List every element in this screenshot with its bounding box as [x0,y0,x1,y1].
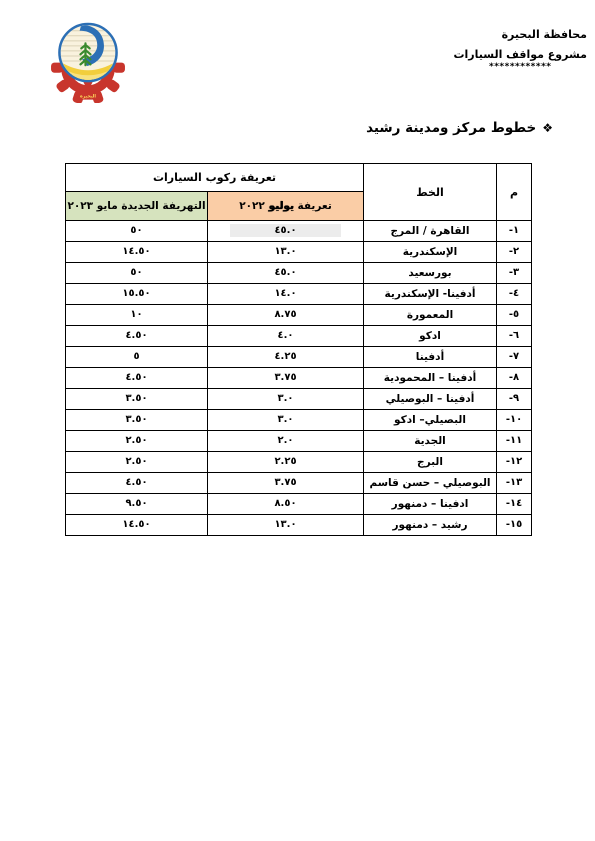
new-fare: ٥٠ [66,263,208,284]
row-no: ٧- [497,347,532,368]
line-name: بورسعيد [364,263,497,284]
new-fare: ٢.٥٠ [66,431,208,452]
new-fare: ١٤.٥٠ [66,242,208,263]
line-name: أدفينا – المحمودية [364,368,497,389]
july-fare: ٢.٠ [208,431,364,452]
row-no: ٥- [497,305,532,326]
new-fare: ٤.٥٠ [66,473,208,494]
row-no: ١٥- [497,515,532,536]
page-title-text: خطوط مركز ومدينة رشيد [366,120,536,136]
july-fare: ٣.٠ [208,410,364,431]
table-row: ٩-أدفينا – البوصيلي٣.٠٣.٥٠ [66,389,532,410]
fares-table: م الخط تعريفة ركوب السيارات تعريفة يوليو… [65,163,532,536]
row-no: ٨- [497,368,532,389]
line-name: البصيلي– ادكو [364,410,497,431]
table-row: ٦-ادكو٤.٠٤.٥٠ [66,326,532,347]
new-fare: ٩.٥٠ [66,494,208,515]
july-fare: ٤٥.٠ [208,221,364,242]
table-row: ١١-الجدية٢.٠٢.٥٠ [66,431,532,452]
org-header: محافظة البحيرة مشروع مواقف السيارات ****… [453,28,587,72]
line-name: أدفينا [364,347,497,368]
new-fare: ٤.٥٠ [66,326,208,347]
line-name: الإسكندرية [364,242,497,263]
new-fare: ٢.٥٠ [66,452,208,473]
line-name: المعمورة [364,305,497,326]
line-name: البوصيلي – حسن قاسم [364,473,497,494]
line-name: ادكو [364,326,497,347]
july-fare: ٤.٢٥ [208,347,364,368]
row-no: ١- [497,221,532,242]
july-fare: ٣.٧٥ [208,368,364,389]
col-header-new-may-2023: التهريفة الجديدة مايو ٢٠٢٣ [66,192,208,221]
col-header-no: م [497,164,532,221]
row-no: ٢- [497,242,532,263]
new-fare: ١٤.٥٠ [66,515,208,536]
table-row: ٤-أدفينا- الإسكندرية١٤.٠١٥.٥٠ [66,284,532,305]
row-no: ١١- [497,431,532,452]
table-row: ١-القاهرة / المرج٤٥.٠٥٠ [66,221,532,242]
row-no: ١٠- [497,410,532,431]
july-fare: ٤٥.٠ [208,263,364,284]
table-row: ١٠-البصيلي– ادكو٣.٠٣.٥٠ [66,410,532,431]
line-name: البرج [364,452,497,473]
line-name: أدفينا – البوصيلي [364,389,497,410]
line-name: الجدية [364,431,497,452]
diamond-bullet-icon: ❖ [542,121,553,135]
july-fare: ١٤.٠ [208,284,364,305]
row-no: ١٢- [497,452,532,473]
table-row: ١٥-رشيد – دمنهور١٣.٠١٤.٥٠ [66,515,532,536]
table-row: ٨-أدفينا – المحمودية٣.٧٥٤.٥٠ [66,368,532,389]
table-row: ١٣-البوصيلي – حسن قاسم٣.٧٥٤.٥٠ [66,473,532,494]
line-name: ادفينا – دمنهور [364,494,497,515]
new-fare: ٣.٥٠ [66,389,208,410]
july-fare: ٢.٢٥ [208,452,364,473]
row-no: ٦- [497,326,532,347]
col-header-line: الخط [364,164,497,221]
table-row: ٥-المعمورة٨.٧٥١٠ [66,305,532,326]
divider-stars: ************ [453,62,587,72]
table-row: ٧-أدفينا٤.٢٥٥ [66,347,532,368]
new-fare: ٣.٥٠ [66,410,208,431]
row-no: ٩- [497,389,532,410]
july-fare: ٣.٧٥ [208,473,364,494]
document-page: البحيرة محافظة البحيرة مشروع مواق [0,0,595,841]
row-no: ١٣- [497,473,532,494]
new-fare: ٥ [66,347,208,368]
july-fare: ١٣.٠ [208,515,364,536]
new-fare: ١٠ [66,305,208,326]
row-no: ١٤- [497,494,532,515]
col-header-fare-group: تعريفة ركوب السيارات [66,164,364,192]
row-no: ٣- [497,263,532,284]
july-fare: ١٣.٠ [208,242,364,263]
july-fare: ٨.٥٠ [208,494,364,515]
table-row: ٢-الإسكندرية١٣.٠١٤.٥٠ [66,242,532,263]
new-fare: ٥٠ [66,221,208,242]
org-name: محافظة البحيرة [453,28,587,41]
line-name: أدفينا- الإسكندرية [364,284,497,305]
july-fare: ٨.٧٥ [208,305,364,326]
project-name: مشروع مواقف السيارات [453,48,587,61]
page-title: ❖خطوط مركز ومدينة رشيد [366,120,553,136]
new-fare: ١٥.٥٠ [66,284,208,305]
row-no: ٤- [497,284,532,305]
july-fare: ٤.٠ [208,326,364,347]
new-fare: ٤.٥٠ [66,368,208,389]
col-header-july-2022: تعريفة يوليو ٢٠٢٢ [208,192,364,221]
line-name: رشيد – دمنهور [364,515,497,536]
beheira-governorate-logo-icon: البحيرة [46,19,130,103]
july-fare: ٣.٠ [208,389,364,410]
table-row: ١٤-ادفينا – دمنهور٨.٥٠٩.٥٠ [66,494,532,515]
table-row: ١٢-البرج٢.٢٥٢.٥٠ [66,452,532,473]
table-header-row-1: م الخط تعريفة ركوب السيارات [66,164,532,192]
logo-banner-text: البحيرة [80,94,96,100]
line-name: القاهرة / المرج [364,221,497,242]
table-row: ٣-بورسعيد٤٥.٠٥٠ [66,263,532,284]
